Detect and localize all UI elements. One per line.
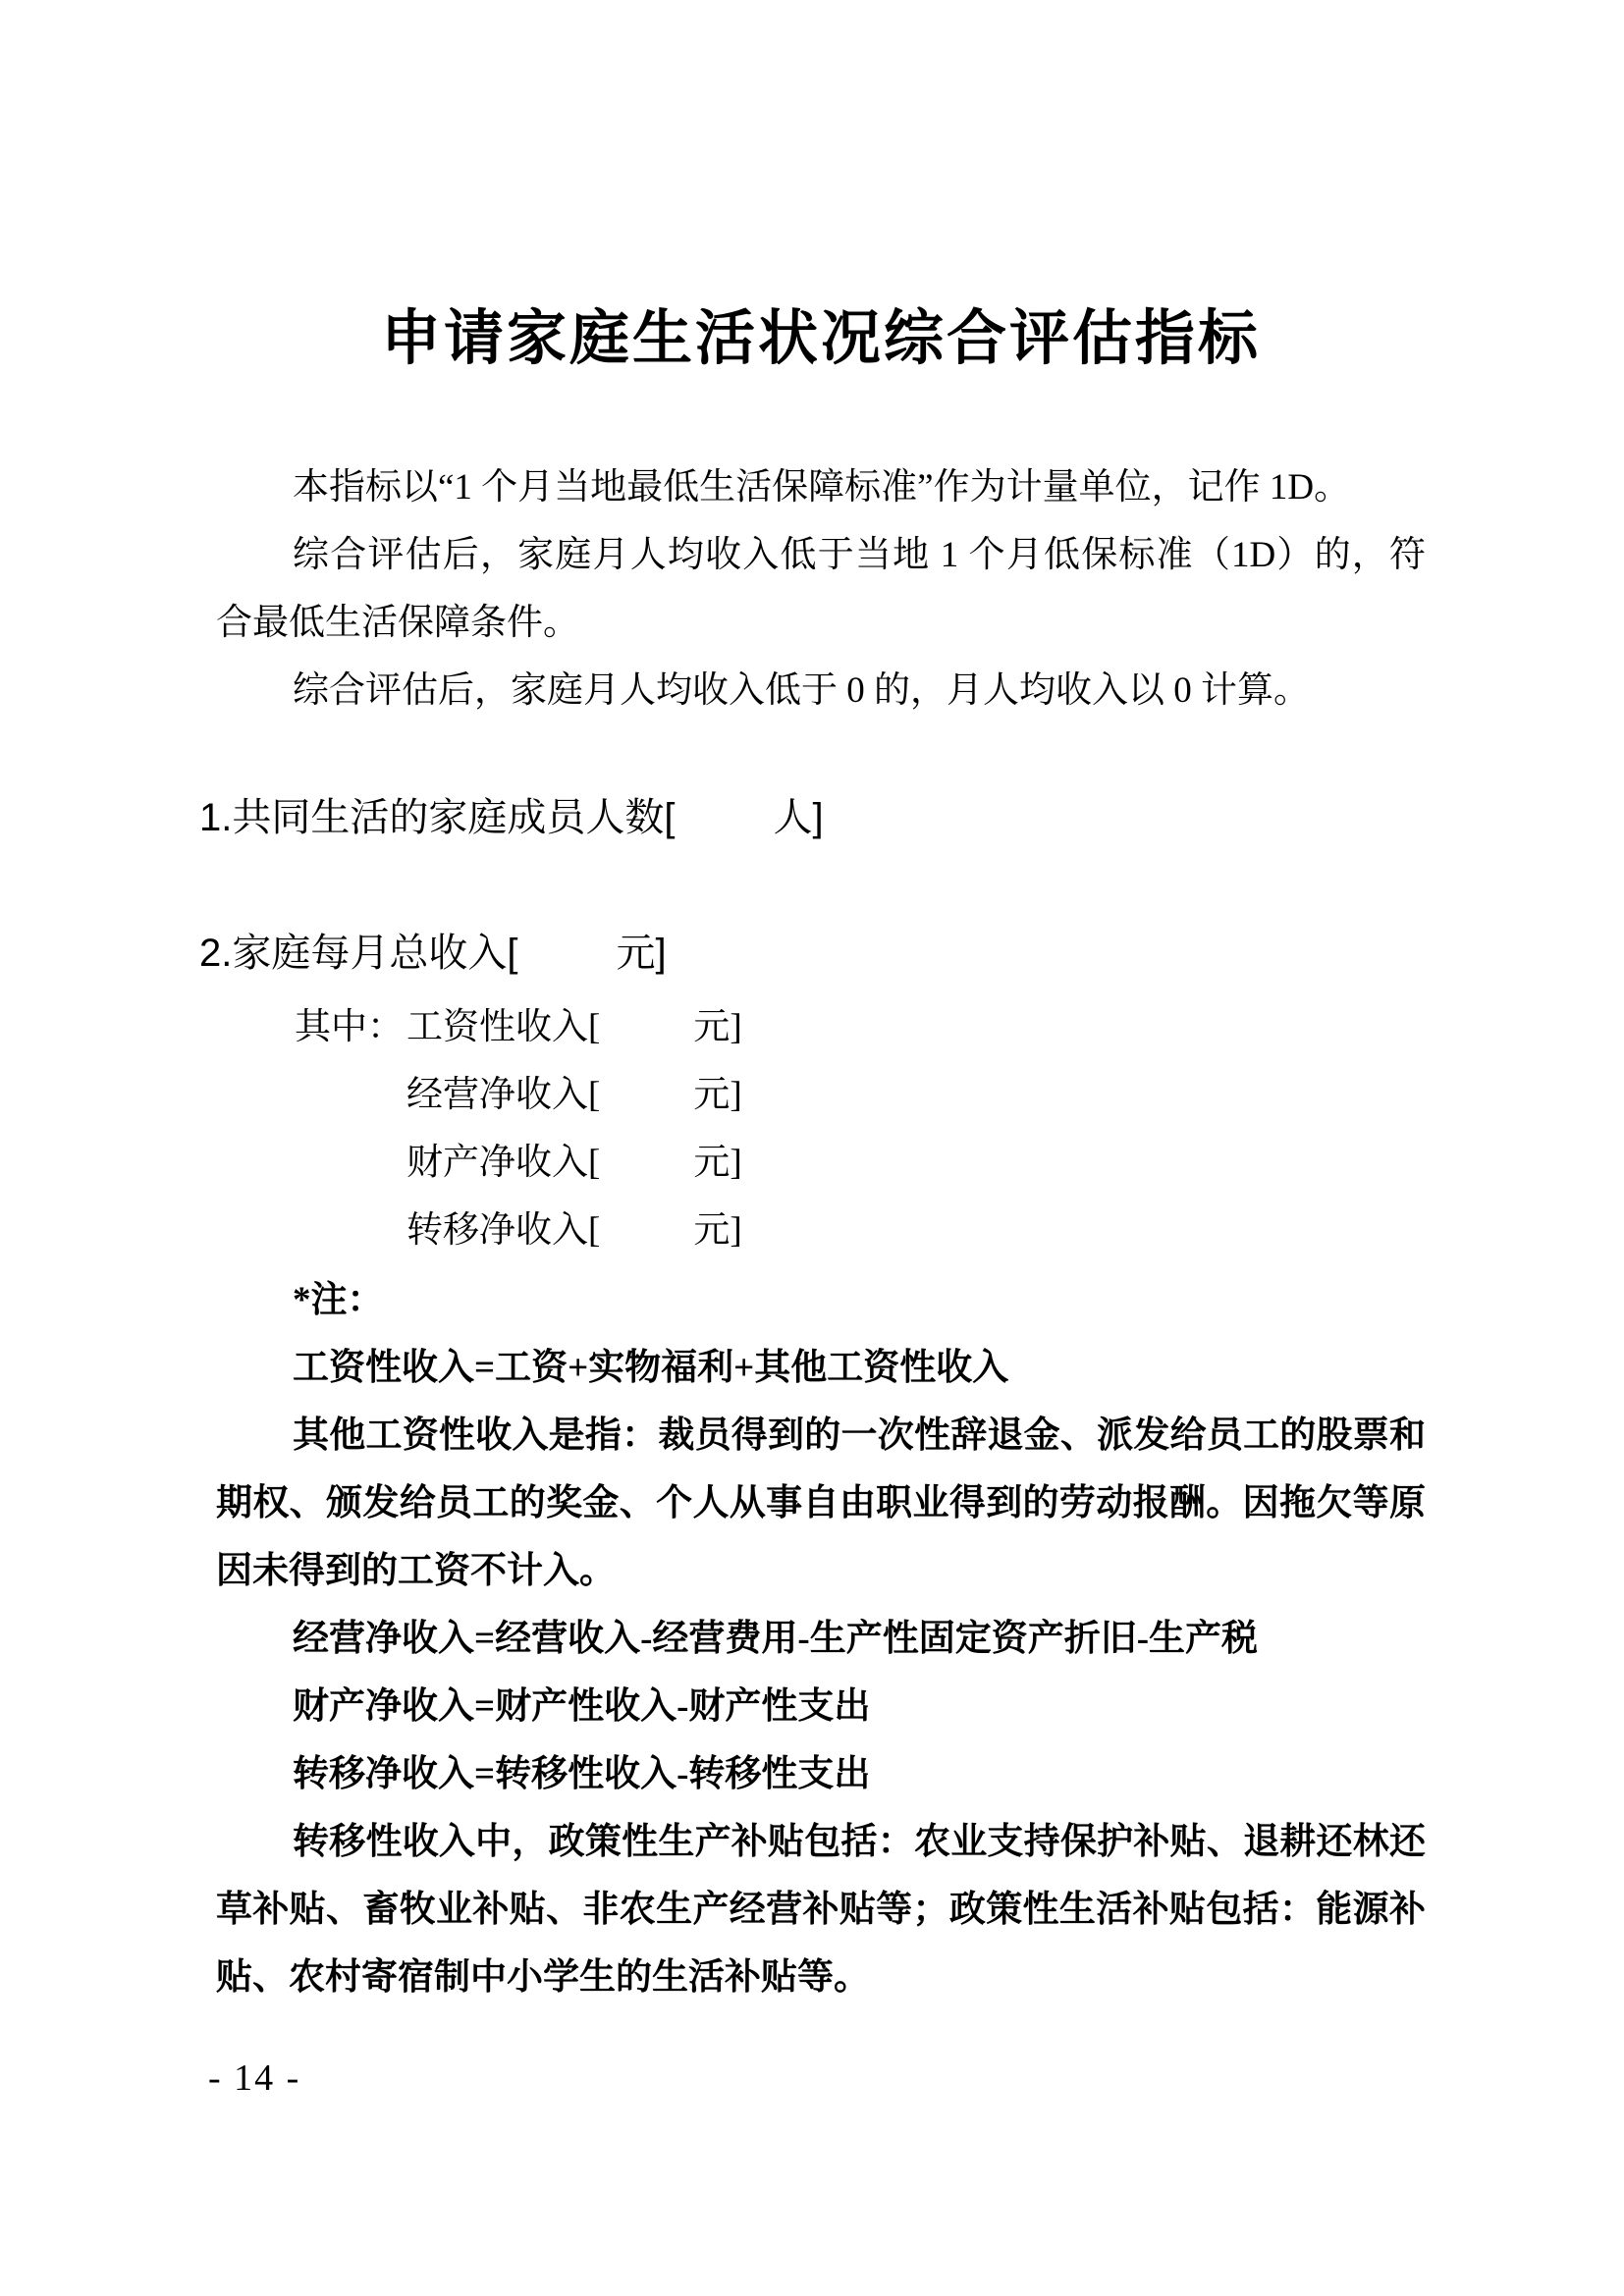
wage-income-explanation: 其他工资性收入是指：裁员得到的一次性辞退金、派发给员工的股票和期权、颁发给员工的…: [216, 1402, 1426, 1605]
unit-label: 元: [693, 1143, 730, 1183]
bracket-close: ]: [730, 1007, 741, 1047]
bracket-open: [: [588, 1075, 600, 1115]
income-row-label: 经营净收入: [406, 1075, 588, 1115]
page-title: 申请家庭生活状况综合评估指标: [216, 291, 1426, 376]
unit-label: 人: [773, 796, 812, 839]
fill-in-blank: [600, 1173, 693, 1174]
formula-transfer-income: 转移净收入=转移性收入-转移性支出: [216, 1740, 1426, 1808]
income-row-property: 财产净收入[元]: [216, 1129, 1426, 1197]
fill-in-blank: [675, 829, 773, 830]
unit-label: 元: [693, 1075, 730, 1115]
transfer-income-explanation: 转移性收入中，政策性生产补贴包括：农业支持保护补贴、退耕还林还草补贴、畜牧业补贴…: [216, 1808, 1426, 2011]
breakdown-prefix: 其中：: [295, 993, 406, 1061]
fill-in-blank: [600, 1241, 693, 1242]
fill-in-blank: [600, 1038, 693, 1039]
intro-paragraph-3: 综合评估后，家庭月人均收入低于 0 的，月人均收入以 0 计算。: [216, 657, 1426, 724]
intro-paragraph-1: 本指标以“1 个月当地最低生活保障标准”作为计量单位，记作 1D。: [216, 454, 1426, 521]
formula-property-income: 财产净收入=财产性收入-财产性支出: [216, 1673, 1426, 1740]
notes-label: *注：: [216, 1266, 1426, 1334]
unit-label: 元: [616, 932, 655, 975]
notes-section: *注： 工资性收入=工资+实物福利+其他工资性收入 其他工资性收入是指：裁员得到…: [216, 1266, 1426, 2011]
income-row-label: 工资性收入: [406, 1007, 588, 1047]
formula-wage-income: 工资性收入=工资+实物福利+其他工资性收入: [216, 1334, 1426, 1402]
fill-in-blank: [600, 1105, 693, 1106]
intro-paragraph-2: 综合评估后，家庭月人均收入低于当地 1 个月低保标准（1D）的，符合最低生活保障…: [216, 521, 1426, 657]
bracket-close: ]: [730, 1143, 741, 1183]
bracket-open: [: [588, 1007, 600, 1047]
unit-label: 元: [693, 1210, 730, 1251]
income-row-transfer: 转移净收入[元]: [216, 1197, 1426, 1264]
item-row-monthly-income: 2.家庭每月总收入[元]: [199, 924, 1409, 983]
fill-in-blank: [517, 965, 616, 966]
income-row-label: 转移净收入: [406, 1210, 588, 1251]
bracket-open: [: [507, 932, 517, 975]
bracket-open: [: [664, 796, 675, 839]
bracket-close: ]: [730, 1210, 741, 1251]
income-row-wage: 其中：工资性收入[元]: [216, 993, 1426, 1061]
bracket-open: [: [588, 1143, 600, 1183]
item-label: 2.家庭每月总收入: [199, 932, 507, 975]
income-row-label: 财产净收入: [406, 1143, 588, 1183]
bracket-close: ]: [655, 932, 666, 975]
page-number-label: - 14 -: [208, 2056, 1418, 2101]
item-label: 1.共同生活的家庭成员人数: [199, 796, 664, 839]
document-page: 申请家庭生活状况综合评估指标 本指标以“1 个月当地最低生活保障标准”作为计量单…: [0, 0, 1624, 2296]
formula-business-income: 经营净收入=经营收入-经营费用-生产性固定资产折旧-生产税: [216, 1605, 1426, 1673]
unit-label: 元: [693, 1007, 730, 1047]
bracket-close: ]: [812, 796, 823, 839]
income-row-business: 经营净收入[元]: [216, 1061, 1426, 1129]
income-breakdown: 其中：工资性收入[元] 经营净收入[元] 财产净收入[元] 转移净收入[元]: [216, 993, 1426, 1264]
item-row-household-members: 1.共同生活的家庭成员人数[人]: [199, 788, 1409, 847]
bracket-open: [: [588, 1210, 600, 1251]
bracket-close: ]: [730, 1075, 741, 1115]
